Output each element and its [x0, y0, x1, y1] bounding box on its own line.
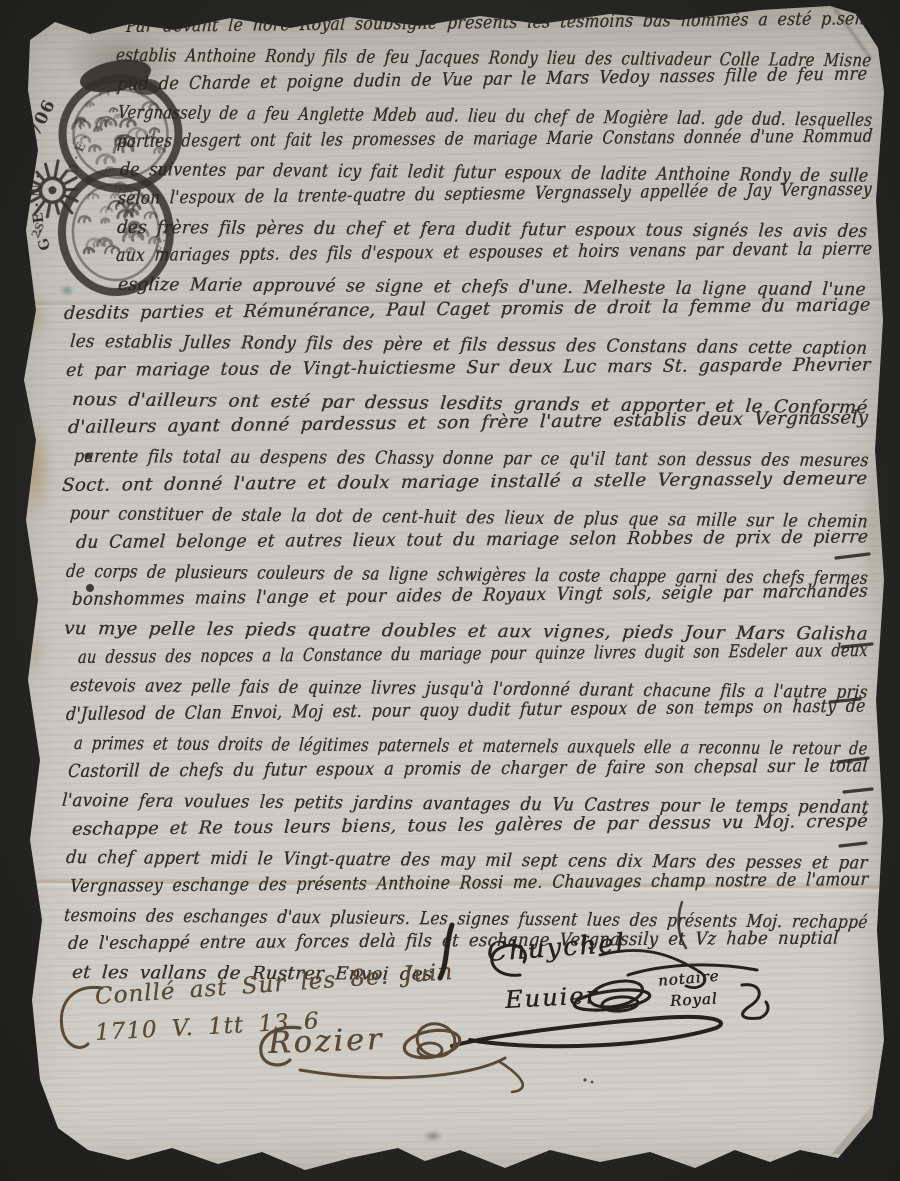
handwritten-line: Soct. ont donné l'autre et doulx mariage… — [61, 468, 868, 496]
handwritten-line: d'Jullesod de Clan Envoi, Moj est. pour … — [65, 696, 866, 725]
handwritten-line: bonshommes mains l'ange et pour aides de… — [71, 581, 868, 610]
handwritten-line: aux mariages ppts. des fils d'espoux et … — [115, 238, 872, 266]
handwritten-line: de l'eschappé entre aux forces delà fils… — [67, 928, 839, 954]
handwritten-line: Vergnassey eschange des présents Anthoin… — [69, 869, 868, 897]
handwritten-line: desdits parties et Rémunérance, Paul Cag… — [63, 295, 871, 324]
handwritten-line: parties desgert ont fait les promesses d… — [116, 126, 873, 152]
handwritten-line: et par mariage tous de Vingt-huictiesme … — [65, 354, 871, 381]
handwritten-line: Castorill de chefs du futur espoux a pro… — [67, 755, 868, 782]
handwritten-line: du Camel belonge et autres lieux tout du… — [75, 526, 868, 553]
notary-signature: Euuier — [504, 981, 599, 1014]
handwritten-line: parente fils total au despens des Chassy… — [73, 446, 869, 471]
handwritten-line: d'ailleurs ayant donné pardessus et son … — [67, 407, 868, 438]
handwritten-line: au dessus des nopces a la Constance du m… — [77, 640, 868, 668]
handwritten-line: pud de Charde et poigne dudin de Vue par… — [116, 64, 867, 95]
handwritten-line: des frères fils pères du chef et fera du… — [116, 217, 868, 242]
controller-signature: Rozier — [267, 1022, 384, 1061]
handwritten-line: selon l'espoux de la trente-quatre du se… — [117, 179, 872, 209]
handwritten-line: eschappe et Re tous leurs biens, tous le… — [71, 811, 868, 840]
notary-title-line-2: Royal — [670, 990, 718, 1010]
paper-sheet: G·E·N· D·E· E·M· 1706 2S Par devant le n… — [0, 0, 900, 1181]
photo-backdrop: G·E·N· D·E· E·M· 1706 2S Par devant le n… — [0, 0, 900, 1181]
handwritten-line: Par devant le nore Royal soubsigné prese… — [125, 8, 872, 37]
